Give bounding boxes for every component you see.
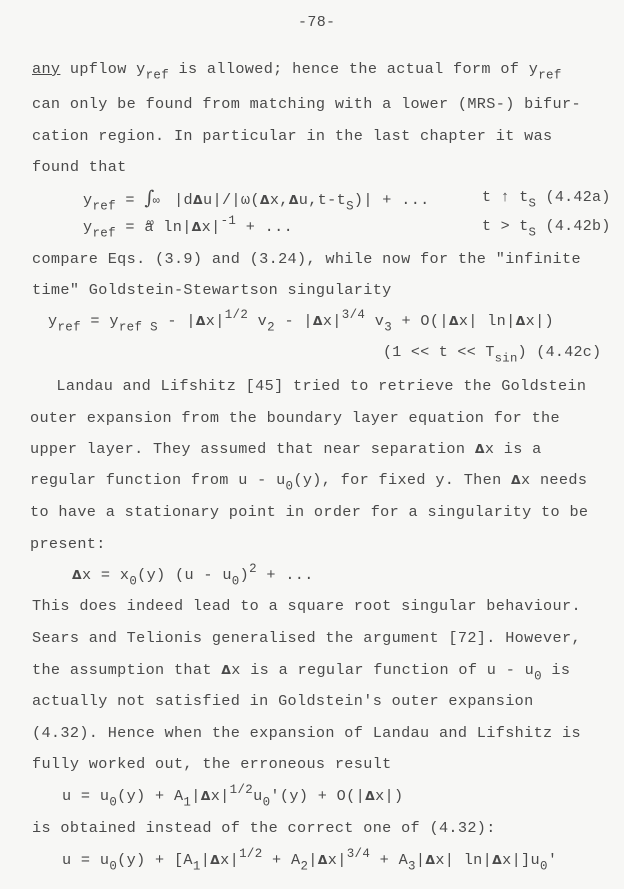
text-line: Landau and Lifshitz [45] tried to retrie… — [28, 377, 586, 395]
document-page: -78- any upflow yref is allowed; hence t… — [0, 0, 624, 889]
equation-delta-x: Δx = x0(y) (u - u0)2 + ... — [72, 566, 314, 584]
eq-part: x|]u — [502, 851, 540, 869]
delta-symbol: Δ — [260, 192, 270, 207]
eq-part: v — [365, 312, 384, 330]
eq-part: x| — [211, 787, 230, 805]
subscript: 2 — [267, 321, 275, 335]
eq-number: (4.42b) — [546, 218, 611, 235]
text-line: cation region. In particular in the last… — [32, 127, 553, 145]
eq-part: v — [248, 312, 267, 330]
delta-symbol: Δ — [210, 852, 220, 867]
subscript: ref — [538, 69, 561, 83]
eq-part: (y) (u - u — [137, 566, 232, 584]
subscript: 3 — [408, 860, 416, 874]
eq-part: u = u — [62, 851, 109, 869]
subscript: ref — [92, 227, 115, 241]
eq-part: u = u — [62, 787, 109, 805]
text-line: to have a stationary point in order for … — [30, 503, 588, 521]
eq-part: | — [416, 851, 425, 869]
subscript: 1 — [193, 860, 201, 874]
text-line: upper layer. They assumed that near sepa… — [30, 440, 542, 458]
superscript: 3/4 — [342, 308, 365, 322]
subscript: ref — [146, 69, 169, 83]
text-line: time" Goldstein-Stewartson singularity — [32, 281, 392, 299]
subscript: S — [346, 200, 354, 214]
text-span: the assumption that — [32, 661, 221, 679]
superscript: 3/4 — [347, 847, 370, 861]
text-line: regular function from u - u0(y), for fix… — [30, 471, 587, 489]
eq-part: '(y) + O(| — [270, 787, 365, 805]
subscript: 0 — [232, 575, 240, 589]
eq-part: x| ln| — [459, 312, 516, 330]
text-span: x is a — [485, 440, 542, 458]
delta-symbol: Δ — [193, 192, 203, 207]
eq-part: | — [191, 787, 200, 805]
subscript: sin — [495, 352, 518, 366]
eq-part: + ... — [236, 218, 293, 236]
eq-condition: t ↑ t — [482, 189, 529, 206]
text-line: actually not satisfied in Goldstein's ou… — [32, 692, 534, 710]
eq-part: - | — [158, 312, 196, 330]
text-line: is obtained instead of the correct one o… — [32, 819, 496, 837]
delta-symbol: Δ — [511, 472, 521, 487]
subscript: ref S — [119, 321, 158, 335]
superscript: -1 — [221, 214, 237, 228]
eq-part: x| — [323, 312, 342, 330]
subscript: S — [529, 197, 537, 211]
eq-part: + O(| — [392, 312, 449, 330]
eq-part: (y) + A — [117, 787, 183, 805]
text-line: (4.32). Hence when the expansion of Land… — [32, 724, 581, 742]
equation-4-42b: yref = a ln|Δx|-1 + ... — [83, 218, 293, 236]
delta-symbol: Δ — [425, 852, 435, 867]
subscript: ref — [57, 321, 80, 335]
eq-part: x| — [202, 218, 221, 236]
eq-condition: (1 << t << T — [383, 344, 495, 361]
superscript: 2 — [249, 562, 257, 576]
page-number: -78- — [298, 14, 335, 32]
eq-part: = a ln| — [116, 218, 192, 236]
text-span: upflow y — [60, 60, 145, 78]
text-line: This does indeed lead to a square root s… — [32, 597, 581, 615]
subscript: 0 — [109, 860, 117, 874]
delta-symbol: Δ — [492, 852, 502, 867]
delta-symbol: Δ — [221, 662, 231, 677]
subscript: 0 — [129, 575, 137, 589]
eq-part: u,t-t — [299, 191, 346, 209]
delta-symbol: Δ — [201, 788, 211, 803]
eq-part: x, — [270, 191, 289, 209]
subscript: S — [529, 226, 537, 240]
delta-symbol: Δ — [318, 852, 328, 867]
eq-part: ) — [518, 344, 527, 361]
delta-symbol: Δ — [475, 441, 485, 456]
emphasis-any: any — [32, 60, 60, 78]
eq-part: x| — [328, 851, 347, 869]
superscript: 1/2 — [225, 308, 248, 322]
text-line: fully worked out, the erroneous result — [32, 755, 392, 773]
delta-symbol: Δ — [449, 313, 459, 328]
eq-part: | — [308, 851, 317, 869]
equation-erroneous-result: u = u0(y) + A1|Δx|1/2u0'(y) + O(|Δx|) — [62, 787, 403, 805]
eq-part: = y — [81, 312, 119, 330]
eq-part: | — [201, 851, 210, 869]
text-line: found that — [32, 158, 127, 176]
delta-symbol: Δ — [196, 313, 206, 328]
subscript: 0 — [540, 860, 548, 874]
delta-symbol: Δ — [192, 219, 202, 234]
text-span: upper layer. They assumed that near sepa… — [30, 440, 475, 458]
eq-part: x| — [220, 851, 239, 869]
eq-part: + A — [370, 851, 408, 869]
eq-part: x = x — [82, 566, 129, 584]
subscript: 0 — [109, 796, 117, 810]
eq-part: - | — [275, 312, 313, 330]
eq-part: |d — [165, 191, 193, 209]
eq-part: u|/|ω( — [203, 191, 260, 209]
delta-symbol: Δ — [516, 313, 526, 328]
eq-part: + ... — [257, 566, 314, 584]
equation-label-4-42a: t ↑ tS (4.42a) — [482, 189, 611, 207]
text-line: any upflow yref is allowed; hence the ac… — [32, 60, 562, 78]
equation-label-4-42b: t > tS (4.42b) — [482, 218, 611, 236]
superscript: 1/2 — [239, 847, 262, 861]
eq-number: (4.42a) — [546, 189, 611, 206]
equation-correct-result: u = u0(y) + [A1|Δx|1/2 + A2|Δx|3/4 + A3|… — [62, 851, 557, 869]
eq-part: (y) + [A — [117, 851, 193, 869]
eq-number: (4.42c) — [536, 344, 601, 361]
integral-upper: ∞ — [153, 192, 161, 210]
delta-symbol: Δ — [72, 567, 82, 582]
text-span: x needs — [521, 471, 587, 489]
text-line: the assumption that Δx is a regular func… — [32, 661, 570, 679]
superscript: 1/2 — [230, 783, 253, 797]
text-span: (y), for fixed y. Then — [293, 471, 511, 489]
text-line: outer expansion from the boundary layer … — [30, 409, 560, 427]
text-line: can only be found from matching with a l… — [32, 95, 581, 113]
eq-part: x|) — [375, 787, 403, 805]
subscript: ref — [92, 200, 115, 214]
eq-condition: t > t — [482, 218, 529, 235]
equation-label-4-42c: (1 << t << Tsin) (4.42c) — [383, 344, 601, 362]
eq-part: )| + ... — [354, 191, 430, 209]
delta-symbol: Δ — [289, 192, 299, 207]
eq-part: x| ln| — [435, 851, 492, 869]
text-span: is allowed; hence the actual form of y — [169, 60, 538, 78]
eq-part: ) — [240, 566, 249, 584]
eq-part: u — [253, 787, 262, 805]
subscript: 3 — [384, 321, 392, 335]
eq-part: + A — [263, 851, 301, 869]
equation-4-42c: yref = yref S - |Δx|1/2 v2 - |Δx|3/4 v3 … — [48, 312, 554, 330]
delta-symbol: Δ — [313, 313, 323, 328]
delta-symbol: Δ — [365, 788, 375, 803]
text-span: x is a regular function of u - u — [231, 661, 534, 679]
text-line: compare Eqs. (3.9) and (3.24), while now… — [32, 250, 581, 268]
eq-part: x|) — [526, 312, 554, 330]
text-line: present: — [30, 535, 106, 553]
equation-4-42a: yref = ∫∞∞ |dΔu|/|ω(Δx,Δu,t-tS)| + ... — [83, 189, 430, 209]
text-span: is — [542, 661, 570, 679]
eq-part: ' — [548, 851, 557, 869]
eq-part: x| — [206, 312, 225, 330]
text-span: regular function from u - u — [30, 471, 286, 489]
text-line: Sears and Telionis generalised the argum… — [32, 629, 581, 647]
